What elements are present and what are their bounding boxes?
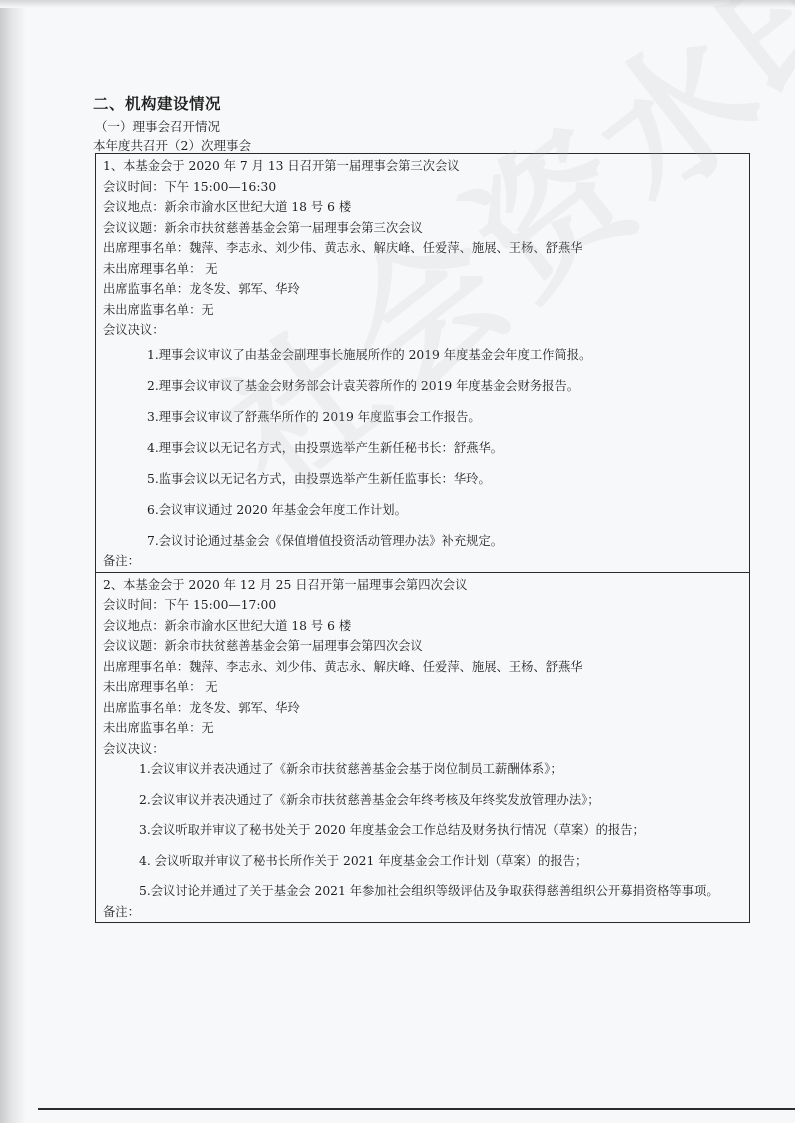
meeting-heading: 2、本基金会于 2020 年 12 月 25 日召开第一届理事会第四次会议 xyxy=(103,575,743,596)
absent-supervisors: 未出席监事名单：无 xyxy=(103,300,743,321)
resolution-item: 7.会议讨论通过基金会《保值增值投资活动管理办法》补充规定。 xyxy=(103,531,743,552)
resolution-item: 1.理事会议审议了由基金会副理事长施展所作的 2019 年度基金会年度工作简报。 xyxy=(103,345,743,366)
absent-directors: 未出席理事名单： 无 xyxy=(103,259,743,280)
resolution-item: 2.理事会议审议了基金会财务部会计袁芙蓉所作的 2019 年度基金会财务报告。 xyxy=(103,376,743,397)
absent-directors: 未出席理事名单： 无 xyxy=(103,677,743,698)
meetings-table: 1、本基金会于 2020 年 7 月 13 日召开第一届理事会第三次会议 会议时… xyxy=(95,153,750,923)
resolutions-label: 会议决议： xyxy=(103,320,743,341)
meeting-location: 会议地点：新余市渝水区世纪大道 18 号 6 楼 xyxy=(103,616,743,637)
meeting-cell-2: 2、本基金会于 2020 年 12 月 25 日召开第一届理事会第四次会议 会议… xyxy=(96,572,749,923)
meeting-heading: 1、本基金会于 2020 年 7 月 13 日召开第一届理事会第三次会议 xyxy=(103,156,743,177)
absent-supervisors: 未出席监事名单：无 xyxy=(103,718,743,739)
resolution-item: 5.会议讨论并通过了关于基金会 2021 年参加社会组织等级评估及争取获得慈善组… xyxy=(103,881,743,902)
attending-supervisors: 出席监事名单：龙冬发、郭军、华玲 xyxy=(103,279,743,300)
attending-directors: 出席理事名单：魏萍、李志永、刘少伟、黄志永、解庆峰、任爱萍、施展、王杨、舒燕华 xyxy=(103,657,743,678)
bottom-rule xyxy=(38,1108,795,1110)
meeting-count-summary: 本年度共召开（2）次理事会 xyxy=(93,136,251,154)
meeting-time: 会议时间：下午 15:00—17:00 xyxy=(103,595,743,616)
resolution-item: 3.会议听取并审议了秘书处关于 2020 年度基金会工作总结及财务执行情况（草案… xyxy=(103,820,743,841)
scan-shadow-top xyxy=(0,0,795,8)
resolutions-label: 会议决议： xyxy=(103,739,743,760)
meeting-location: 会议地点：新余市渝水区世纪大道 18 号 6 楼 xyxy=(103,197,743,218)
section-title: 二、机构建设情况 xyxy=(93,92,221,114)
resolution-item: 6.会议审议通过 2020 年基金会年度工作计划。 xyxy=(103,500,743,521)
resolution-item: 4.理事会议以无记名方式，由投票选举产生新任秘书长：舒燕华。 xyxy=(103,438,743,459)
meeting-topic: 会议议题：新余市扶贫慈善基金会第一届理事会第四次会议 xyxy=(103,636,743,657)
attending-supervisors: 出席监事名单：龙冬发、郭军、华玲 xyxy=(103,698,743,719)
resolution-item: 5.监事会议以无记名方式，由投票选举产生新任监事长：华玲。 xyxy=(103,469,743,490)
meeting-cell-1: 1、本基金会于 2020 年 7 月 13 日召开第一届理事会第三次会议 会议时… xyxy=(96,154,749,572)
meeting-topic: 会议议题：新余市扶贫慈善基金会第一届理事会第三次会议 xyxy=(103,218,743,239)
resolution-item: 1.会议审议并表决通过了《新余市扶贫慈善基金会基于岗位制员工薪酬体系》； xyxy=(103,759,743,780)
resolution-item: 2.会议审议并表决通过了《新余市扶贫慈善基金会年终考核及年终奖发放管理办法》； xyxy=(103,790,743,811)
resolution-item: 4. 会议听取并审议了秘书长所作关于 2021 年度基金会工作计划（草案）的报告… xyxy=(103,851,743,872)
attending-directors: 出席理事名单：魏萍、李志永、刘少伟、黄志永、解庆峰、任爱萍、施展、王杨、舒燕华 xyxy=(103,238,743,259)
resolution-item: 3.理事会议审议了舒燕华所作的 2019 年度监事会工作报告。 xyxy=(103,407,743,428)
meeting-time: 会议时间：下午 15:00—16:30 xyxy=(103,177,743,198)
scan-shadow-left xyxy=(0,0,26,1123)
remark-label: 备注： xyxy=(103,551,743,572)
remark-label: 备注： xyxy=(103,902,743,923)
section-subtitle: （一）理事会召开情况 xyxy=(95,117,220,135)
